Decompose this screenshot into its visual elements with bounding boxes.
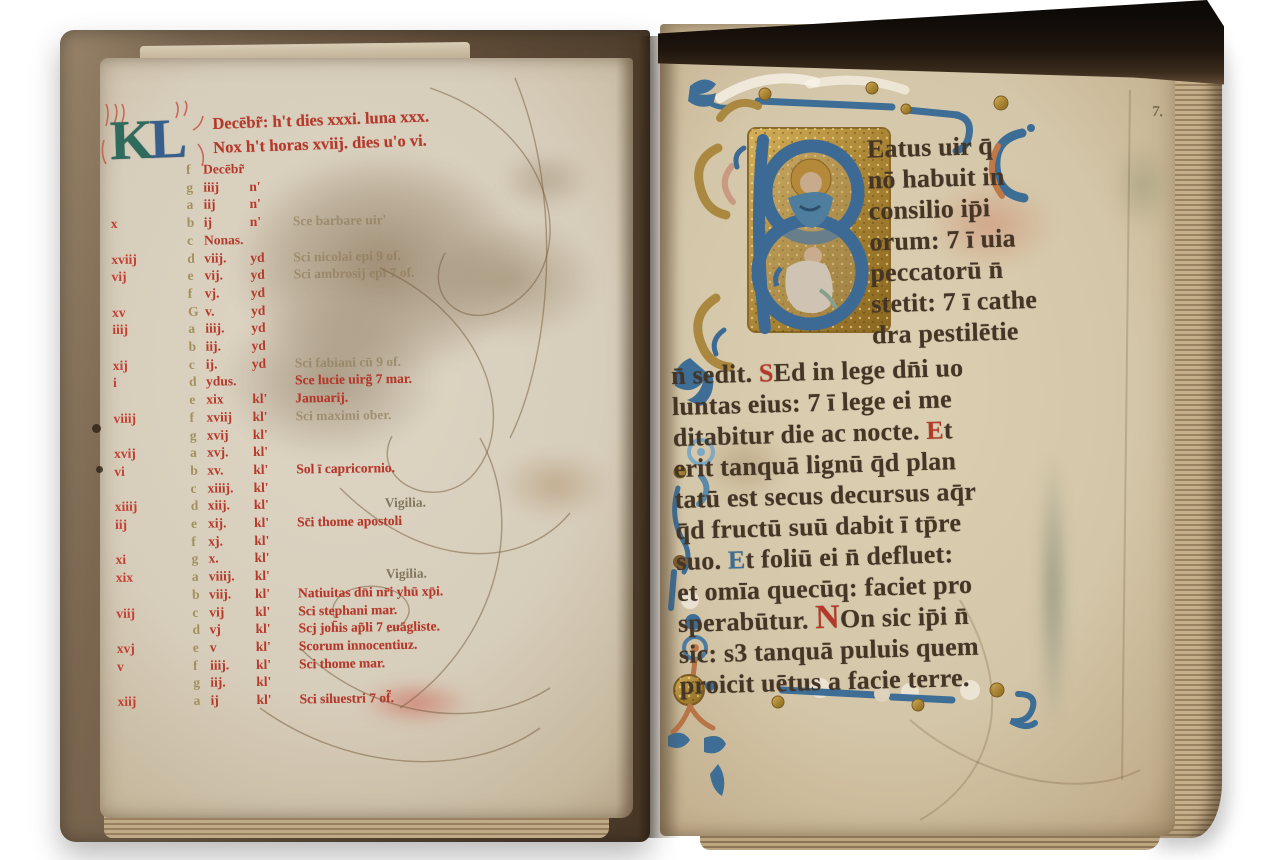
day-numeral: xix	[206, 392, 223, 408]
manuscript-photo: KL Decēbr̃: h't dies xxxi. luna xxx. Nox…	[0, 0, 1280, 860]
kalends-mark: yd	[251, 302, 265, 318]
kalends-mark: yd	[250, 249, 264, 265]
day-numeral: v.	[205, 303, 215, 319]
golden-number: iiij	[112, 322, 128, 338]
calendar-header: Decēbr̃: h't dies xxxi. luna xxx. Nox h'…	[212, 104, 430, 160]
sewing-hole	[92, 424, 101, 433]
text-segment: t foliū ei n̄ defluet:	[745, 539, 954, 574]
feast-entry: Scj joh̄is ap̃li 7 euāgliste.	[298, 619, 440, 637]
rubricated-initial-large: N	[815, 599, 841, 637]
psalm-line: peccatorū n̄	[870, 255, 1004, 289]
dominical-letter: a	[193, 693, 200, 709]
feast-entry: Sci maximi ober.	[295, 407, 391, 424]
feast-entry: Sce barbare uir'	[293, 212, 387, 229]
day-numeral: xj.	[208, 533, 223, 549]
dominical-letter: c	[192, 604, 198, 620]
feast-entry: Januarij.	[295, 390, 348, 407]
dominical-letter: a	[190, 445, 197, 461]
dominical-letter: a	[188, 321, 195, 337]
feast-entry: Sci fabiani cū 9 of.	[295, 354, 401, 371]
feast-entry: Sci nicolai epi 9 of.	[293, 247, 401, 265]
golden-number: xvj	[117, 641, 135, 657]
golden-number: viij	[116, 605, 135, 621]
day-numeral: xiiij.	[207, 480, 233, 496]
feast-entry: Vigilia.	[386, 566, 427, 583]
golden-number: iij	[115, 517, 127, 533]
golden-number: xij	[113, 357, 128, 373]
feast-entry: Vigilia.	[385, 495, 426, 512]
golden-number: x	[111, 216, 118, 232]
kalends-mark: n'	[249, 196, 260, 212]
feast-entry: Sci stephani mar.	[298, 602, 397, 619]
kalends-mark: kl'	[256, 656, 271, 672]
dominical-letter: g	[191, 551, 198, 567]
dominical-letter: f	[193, 657, 198, 673]
dominical-letter: f	[188, 286, 193, 302]
kalends-mark: yd	[251, 320, 265, 336]
text-segment: On sic ip̄i n̄	[840, 601, 970, 634]
kalends-mark: yd	[251, 338, 265, 354]
kalends-mark: kl'	[254, 532, 269, 548]
day-numeral: ij	[204, 215, 212, 231]
dominical-letter: e	[191, 516, 197, 532]
day-numeral: x.	[208, 551, 218, 567]
text-segment: t	[943, 415, 953, 444]
day-numeral: xvij	[207, 427, 229, 443]
day-numeral: viij.	[209, 586, 231, 602]
dominical-letter: e	[189, 392, 195, 408]
dominical-letter: c	[187, 233, 193, 249]
kalends-mark: kl'	[253, 426, 268, 442]
day-numeral: vij	[209, 604, 224, 620]
dominical-letter: a	[192, 569, 199, 585]
kalends-mark: kl'	[254, 497, 269, 513]
blue-initial: E	[727, 545, 745, 574]
kalends-mark: n'	[250, 214, 261, 230]
dominical-letter: g	[190, 427, 197, 443]
dominical-letter: c	[190, 480, 196, 496]
day-numeral: iij	[203, 197, 215, 213]
kalends-mark: kl'	[254, 515, 269, 531]
day-numeral: Nonas.	[204, 232, 244, 249]
text-segment: peccatorū n̄	[870, 255, 1004, 288]
kalends-mark: kl'	[252, 391, 267, 407]
kalends-mark: yd	[251, 285, 265, 301]
kalends-mark: n'	[249, 179, 260, 195]
text-segment: Ed in lege dn̄i uo	[773, 353, 964, 387]
golden-number: xvij	[114, 446, 136, 462]
feast-entry: Sol ī capricornio.	[296, 460, 395, 477]
golden-number: viiij	[113, 410, 136, 426]
feast-entry: Sci thome mar.	[299, 655, 385, 672]
dominical-letter: b	[190, 463, 198, 479]
dominical-letter: f	[186, 162, 191, 178]
rubricated-initial: E	[926, 416, 944, 445]
day-numeral: xij.	[208, 515, 227, 531]
dominical-letter: b	[192, 587, 200, 603]
kalends-mark: kl'	[256, 692, 271, 708]
day-numeral: iiij.	[205, 321, 224, 337]
feast-entry: Natiuitas dn̄i nr̄i yhū xp̄i.	[298, 583, 443, 601]
dominical-letter: d	[192, 622, 200, 638]
kalends-mark: kl'	[253, 479, 268, 495]
dominical-letter: b	[187, 215, 195, 231]
kalends-mark: kl'	[254, 550, 269, 566]
day-numeral: xvj.	[207, 445, 229, 461]
dominical-letter: f	[191, 533, 196, 549]
text-segment: n̄ sedit.	[671, 359, 760, 390]
text-segment: suo.	[676, 546, 728, 576]
dominical-letter: c	[189, 356, 195, 372]
day-numeral: iij.	[205, 338, 221, 354]
golden-number: vi	[114, 464, 125, 480]
kalends-mark: kl'	[255, 621, 270, 637]
day-numeral: iij.	[210, 675, 226, 691]
day-numeral: vj.	[205, 285, 220, 301]
text-segment: stetit: 7 ī cathe	[871, 285, 1038, 319]
kalends-mark: kl'	[255, 568, 270, 584]
folio-number: 7.	[1151, 104, 1163, 122]
day-numeral: iiij	[203, 179, 219, 195]
kalends-mark: kl'	[256, 639, 271, 655]
golden-number: xix	[116, 570, 133, 586]
golden-number: xi	[115, 552, 126, 568]
feast-entry: Sce lucie uirg̃ 7 mar.	[295, 371, 412, 389]
dominical-letter: g	[193, 675, 200, 691]
dominical-letter: e	[187, 268, 193, 284]
feast-entry: Sci ambrosij epi 7 of.	[293, 265, 414, 283]
golden-number: i	[113, 375, 117, 391]
psalm-line: stetit: 7 ī cathe	[871, 285, 1038, 320]
golden-number: xv	[112, 304, 126, 320]
text-segment: Eatus uir q̄	[866, 131, 993, 164]
kalends-mark: kl'	[252, 409, 267, 425]
day-numeral: ij	[210, 693, 218, 709]
day-numeral: iiij.	[210, 657, 229, 673]
day-numeral: xv.	[207, 462, 223, 478]
day-numeral: xviij	[206, 409, 232, 425]
psalm-line: dra pestilētie	[872, 316, 1019, 350]
feast-entry: Sci siluestri 7 of̃.	[299, 690, 394, 707]
text-segment: sperabūtur.	[678, 605, 816, 638]
text-segment: nō habuit in	[867, 162, 1005, 195]
kalends-mark: yd	[252, 356, 266, 372]
dominical-letter: d	[187, 250, 195, 266]
golden-number: vij	[111, 269, 126, 285]
dominical-letter: e	[193, 640, 199, 656]
feast-entry: Scorum innocentiuz.	[299, 637, 418, 655]
golden-number: xviij	[111, 251, 137, 267]
day-numeral: ij.	[206, 356, 218, 372]
dominical-letter: a	[186, 197, 193, 213]
text-segment: orum: 7 ī uia	[869, 223, 1016, 256]
text-segment: dra pestilētie	[872, 316, 1019, 349]
sewing-hole	[96, 466, 103, 473]
calendar-rows: fDecēbr̃giiijn'aiijn'xbijn'Sce barbare u…	[108, 156, 636, 723]
dominical-letter: g	[186, 180, 193, 196]
psalm-line: Eatus uir q̄	[866, 131, 993, 165]
day-numeral: vj	[209, 622, 220, 638]
day-numeral: vij.	[204, 268, 223, 284]
day-numeral: viij.	[204, 250, 226, 266]
text-segment: ditabitur die ac nocte.	[672, 416, 926, 452]
kalends-mark: kl'	[255, 586, 270, 602]
kalends-mark: kl'	[256, 674, 271, 690]
golden-number: xiiij	[115, 499, 138, 515]
dominical-letter: G	[188, 303, 199, 319]
kalends-mark: yd	[250, 267, 264, 283]
dominical-letter: d	[191, 498, 199, 514]
day-numeral: xiij.	[208, 498, 230, 514]
rubricated-initial: S	[758, 358, 773, 387]
psalm-text-block: Eatus uir q̄nō habuit inconsilio ip̄ioru…	[656, 118, 1133, 731]
kalends-mark: kl'	[253, 462, 268, 478]
text-segment: consilio ip̄i	[868, 193, 990, 225]
feast-entry: Sc̄i thome apostoli	[297, 513, 402, 530]
psalm-line: orum: 7 ī uia	[869, 223, 1016, 257]
day-numeral: v	[210, 639, 217, 655]
kalends-mark: kl'	[253, 444, 268, 460]
kalends-mark: kl'	[255, 603, 270, 619]
psalm-line: consilio ip̄i	[868, 193, 990, 226]
golden-number: xiij	[117, 694, 136, 710]
dominical-letter: f	[189, 410, 194, 426]
day-numeral: Decēbr̃	[203, 161, 244, 178]
day-numeral: ydus.	[206, 374, 237, 390]
psalm-line: nō habuit in	[867, 162, 1005, 196]
day-numeral: viiij.	[209, 568, 235, 584]
dominical-letter: d	[189, 374, 197, 390]
golden-number: v	[117, 658, 124, 674]
dominical-letter: b	[188, 339, 196, 355]
